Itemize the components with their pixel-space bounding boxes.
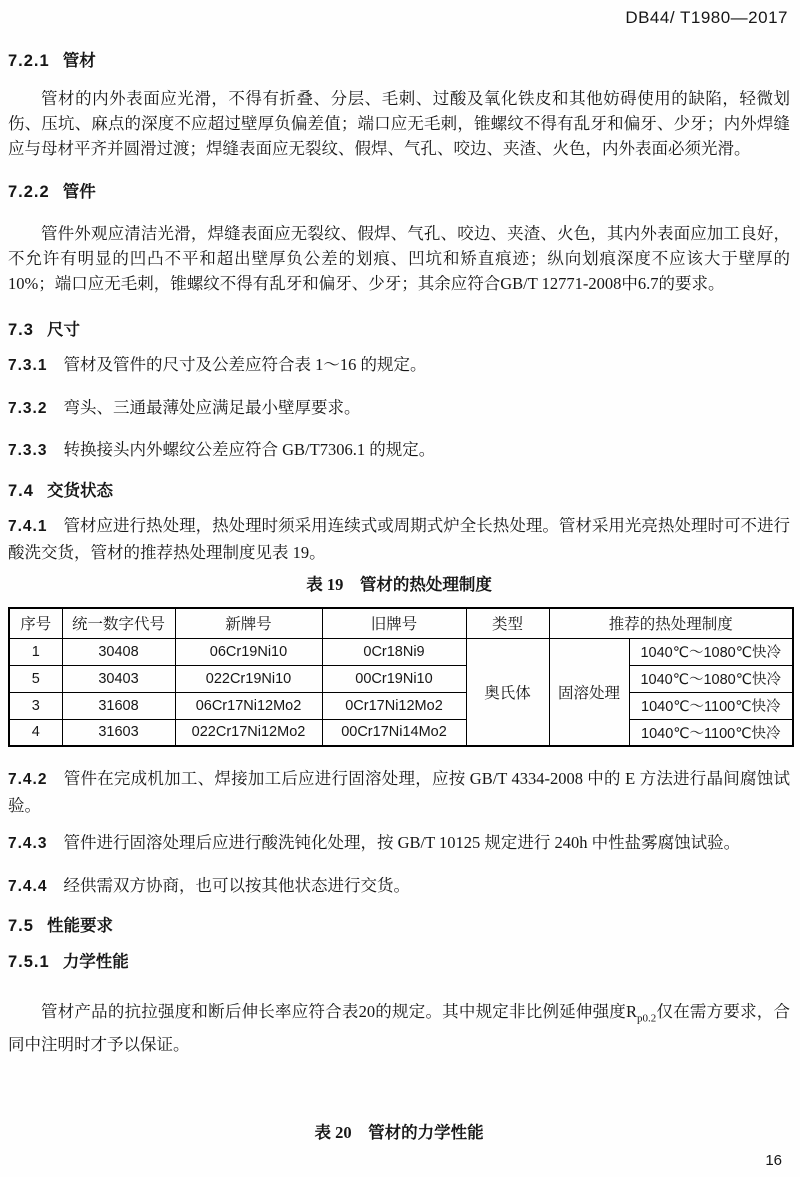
clause-7-4-4: 7.4.4经供需双方协商，也可以按其他状态进行交货。 (8, 873, 790, 900)
clause-7-4-3: 7.4.3管件进行固溶处理后应进行酸洗钝化处理，按 GB/T 10125 规定进… (8, 830, 790, 857)
clause-number: 7.3.1 (8, 357, 47, 374)
heading-number: 7.4 (8, 482, 34, 500)
cell-new-grade: 022Cr19Ni10 (175, 665, 322, 692)
clause-number: 7.3.3 (8, 442, 47, 459)
heading-title: 管件 (63, 183, 96, 201)
heading-title: 尺寸 (47, 321, 80, 339)
heading-7-3: 7.3尺寸 (8, 321, 790, 340)
cell-old-grade: 00Cr17Ni14Mo2 (322, 719, 466, 746)
table-19-caption: 表 19 管材的热处理制度 (8, 575, 790, 594)
table-20-caption: 表 20 管材的力学性能 (8, 1123, 790, 1142)
rp02-subscript: p0.2 (637, 1013, 656, 1025)
paragraph-7-2-2: 管件外观应清洁光滑，焊缝表面应无裂纹、假焊、气孔、咬边、夹渣、火色，其内外表面应… (8, 221, 790, 297)
clause-text: 管件在完成机加工、焊接加工后应进行固溶处理，应按 GB/T 4334-2008 … (8, 769, 790, 815)
cell-type-merged: 奥氏体 (466, 638, 549, 746)
cell-regime: 1040℃～1080℃快冷 (629, 638, 793, 665)
clause-7-3-1: 7.3.1管材及管件的尺寸及公差应符合表 1～16 的规定。 (8, 352, 790, 379)
heading-7-5: 7.5性能要求 (8, 917, 790, 936)
cell-old-grade: 00Cr19Ni10 (322, 665, 466, 692)
clause-number: 7.4.2 (8, 771, 47, 788)
heading-number: 7.5 (8, 917, 34, 935)
heading-title: 交货状态 (47, 482, 113, 500)
cell-treatment-merged: 固溶处理 (549, 638, 629, 746)
cell-code: 31603 (62, 719, 175, 746)
heading-number: 7.3 (8, 321, 34, 339)
clause-number: 7.4.3 (8, 835, 47, 852)
clause-number: 7.4.1 (8, 518, 47, 535)
cell-regime: 1040℃～1100℃快冷 (629, 719, 793, 746)
paragraph-text-part1: 管材产品的抗拉强度和断后伸长率应符合表20的规定。其中规定非比例延伸强度R (41, 1002, 637, 1021)
col-header-type: 类型 (466, 608, 549, 638)
paragraph-7-5-1: 管材产品的抗拉强度和断后伸长率应符合表20的规定。其中规定非比例延伸强度Rp0.… (8, 999, 790, 1057)
cell-old-grade: 0Cr18Ni9 (322, 638, 466, 665)
clause-text: 弯头、三通最薄处应满足最小壁厚要求。 (63, 398, 360, 417)
heading-number: 7.2.1 (8, 52, 50, 70)
col-header-seq: 序号 (9, 608, 62, 638)
table-row: 3 31608 06Cr17Ni12Mo2 0Cr17Ni12Mo2 1040℃… (9, 692, 793, 719)
heading-7-5-1: 7.5.1力学性能 (8, 953, 790, 972)
table-row: 1 30408 06Cr19Ni10 0Cr18Ni9 奥氏体 固溶处理 104… (9, 638, 793, 665)
heading-number: 7.5.1 (8, 953, 50, 971)
table-row: 4 31603 022Cr17Ni12Mo2 00Cr17Ni14Mo2 104… (9, 719, 793, 746)
col-header-code: 统一数字代号 (62, 608, 175, 638)
clause-text: 管件进行固溶处理后应进行酸洗钝化处理，按 GB/T 10125 规定进行 240… (63, 833, 740, 852)
heading-number: 7.2.2 (8, 183, 50, 201)
heading-7-2-1: 7.2.1管材 (8, 52, 790, 71)
cell-old-grade: 0Cr17Ni12Mo2 (322, 692, 466, 719)
cell-code: 31608 (62, 692, 175, 719)
cell-new-grade: 022Cr17Ni12Mo2 (175, 719, 322, 746)
paragraph-7-2-1: 管材的内外表面应光滑，不得有折叠、分层、毛刺、过酸及氧化铁皮和其他妨碍使用的缺陷… (8, 86, 790, 162)
col-header-old-grade: 旧牌号 (322, 608, 466, 638)
cell-new-grade: 06Cr17Ni12Mo2 (175, 692, 322, 719)
table-19-heat-treatment: 序号 统一数字代号 新牌号 旧牌号 类型 推荐的热处理制度 1 30408 06… (8, 607, 794, 747)
clause-7-4-2: 7.4.2管件在完成机加工、焊接加工后应进行固溶处理，应按 GB/T 4334-… (8, 766, 790, 819)
heading-title: 管材 (63, 52, 96, 70)
document-page: DB44/ T1980—2017 7.2.1管材 管材的内外表面应光滑，不得有折… (0, 0, 800, 1177)
heading-7-4: 7.4交货状态 (8, 482, 790, 501)
cell-regime: 1040℃～1100℃快冷 (629, 692, 793, 719)
clause-7-3-2: 7.3.2弯头、三通最薄处应满足最小壁厚要求。 (8, 395, 790, 422)
page-number: 16 (765, 1152, 782, 1169)
cell-seq: 3 (9, 692, 62, 719)
clause-number: 7.3.2 (8, 400, 47, 417)
cell-seq: 4 (9, 719, 62, 746)
clause-7-4-1: 7.4.1管材应进行热处理，热处理时须采用连续式或周期式炉全长热处理。管材采用光… (8, 513, 790, 566)
heading-title: 性能要求 (47, 917, 113, 935)
heading-7-2-2: 7.2.2管件 (8, 183, 790, 202)
clause-text: 管材及管件的尺寸及公差应符合表 1～16 的规定。 (63, 355, 426, 374)
clause-7-3-3: 7.3.3转换接头内外螺纹公差应符合 GB/T7306.1 的规定。 (8, 437, 790, 464)
table-row: 5 30403 022Cr19Ni10 00Cr19Ni10 1040℃～108… (9, 665, 793, 692)
col-header-new-grade: 新牌号 (175, 608, 322, 638)
clause-text: 管材应进行热处理，热处理时须采用连续式或周期式炉全长热处理。管材采用光亮热处理时… (8, 516, 790, 562)
cell-regime: 1040℃～1080℃快冷 (629, 665, 793, 692)
cell-seq: 5 (9, 665, 62, 692)
document-code: DB44/ T1980—2017 (8, 8, 790, 28)
cell-code: 30403 (62, 665, 175, 692)
clause-text: 转换接头内外螺纹公差应符合 GB/T7306.1 的规定。 (63, 440, 435, 459)
cell-seq: 1 (9, 638, 62, 665)
heading-title: 力学性能 (63, 953, 129, 971)
clause-number: 7.4.4 (8, 878, 47, 895)
col-header-regime: 推荐的热处理制度 (549, 608, 793, 638)
clause-text: 经供需双方协商，也可以按其他状态进行交货。 (63, 876, 410, 895)
table-header-row: 序号 统一数字代号 新牌号 旧牌号 类型 推荐的热处理制度 (9, 608, 793, 638)
cell-code: 30408 (62, 638, 175, 665)
cell-new-grade: 06Cr19Ni10 (175, 638, 322, 665)
